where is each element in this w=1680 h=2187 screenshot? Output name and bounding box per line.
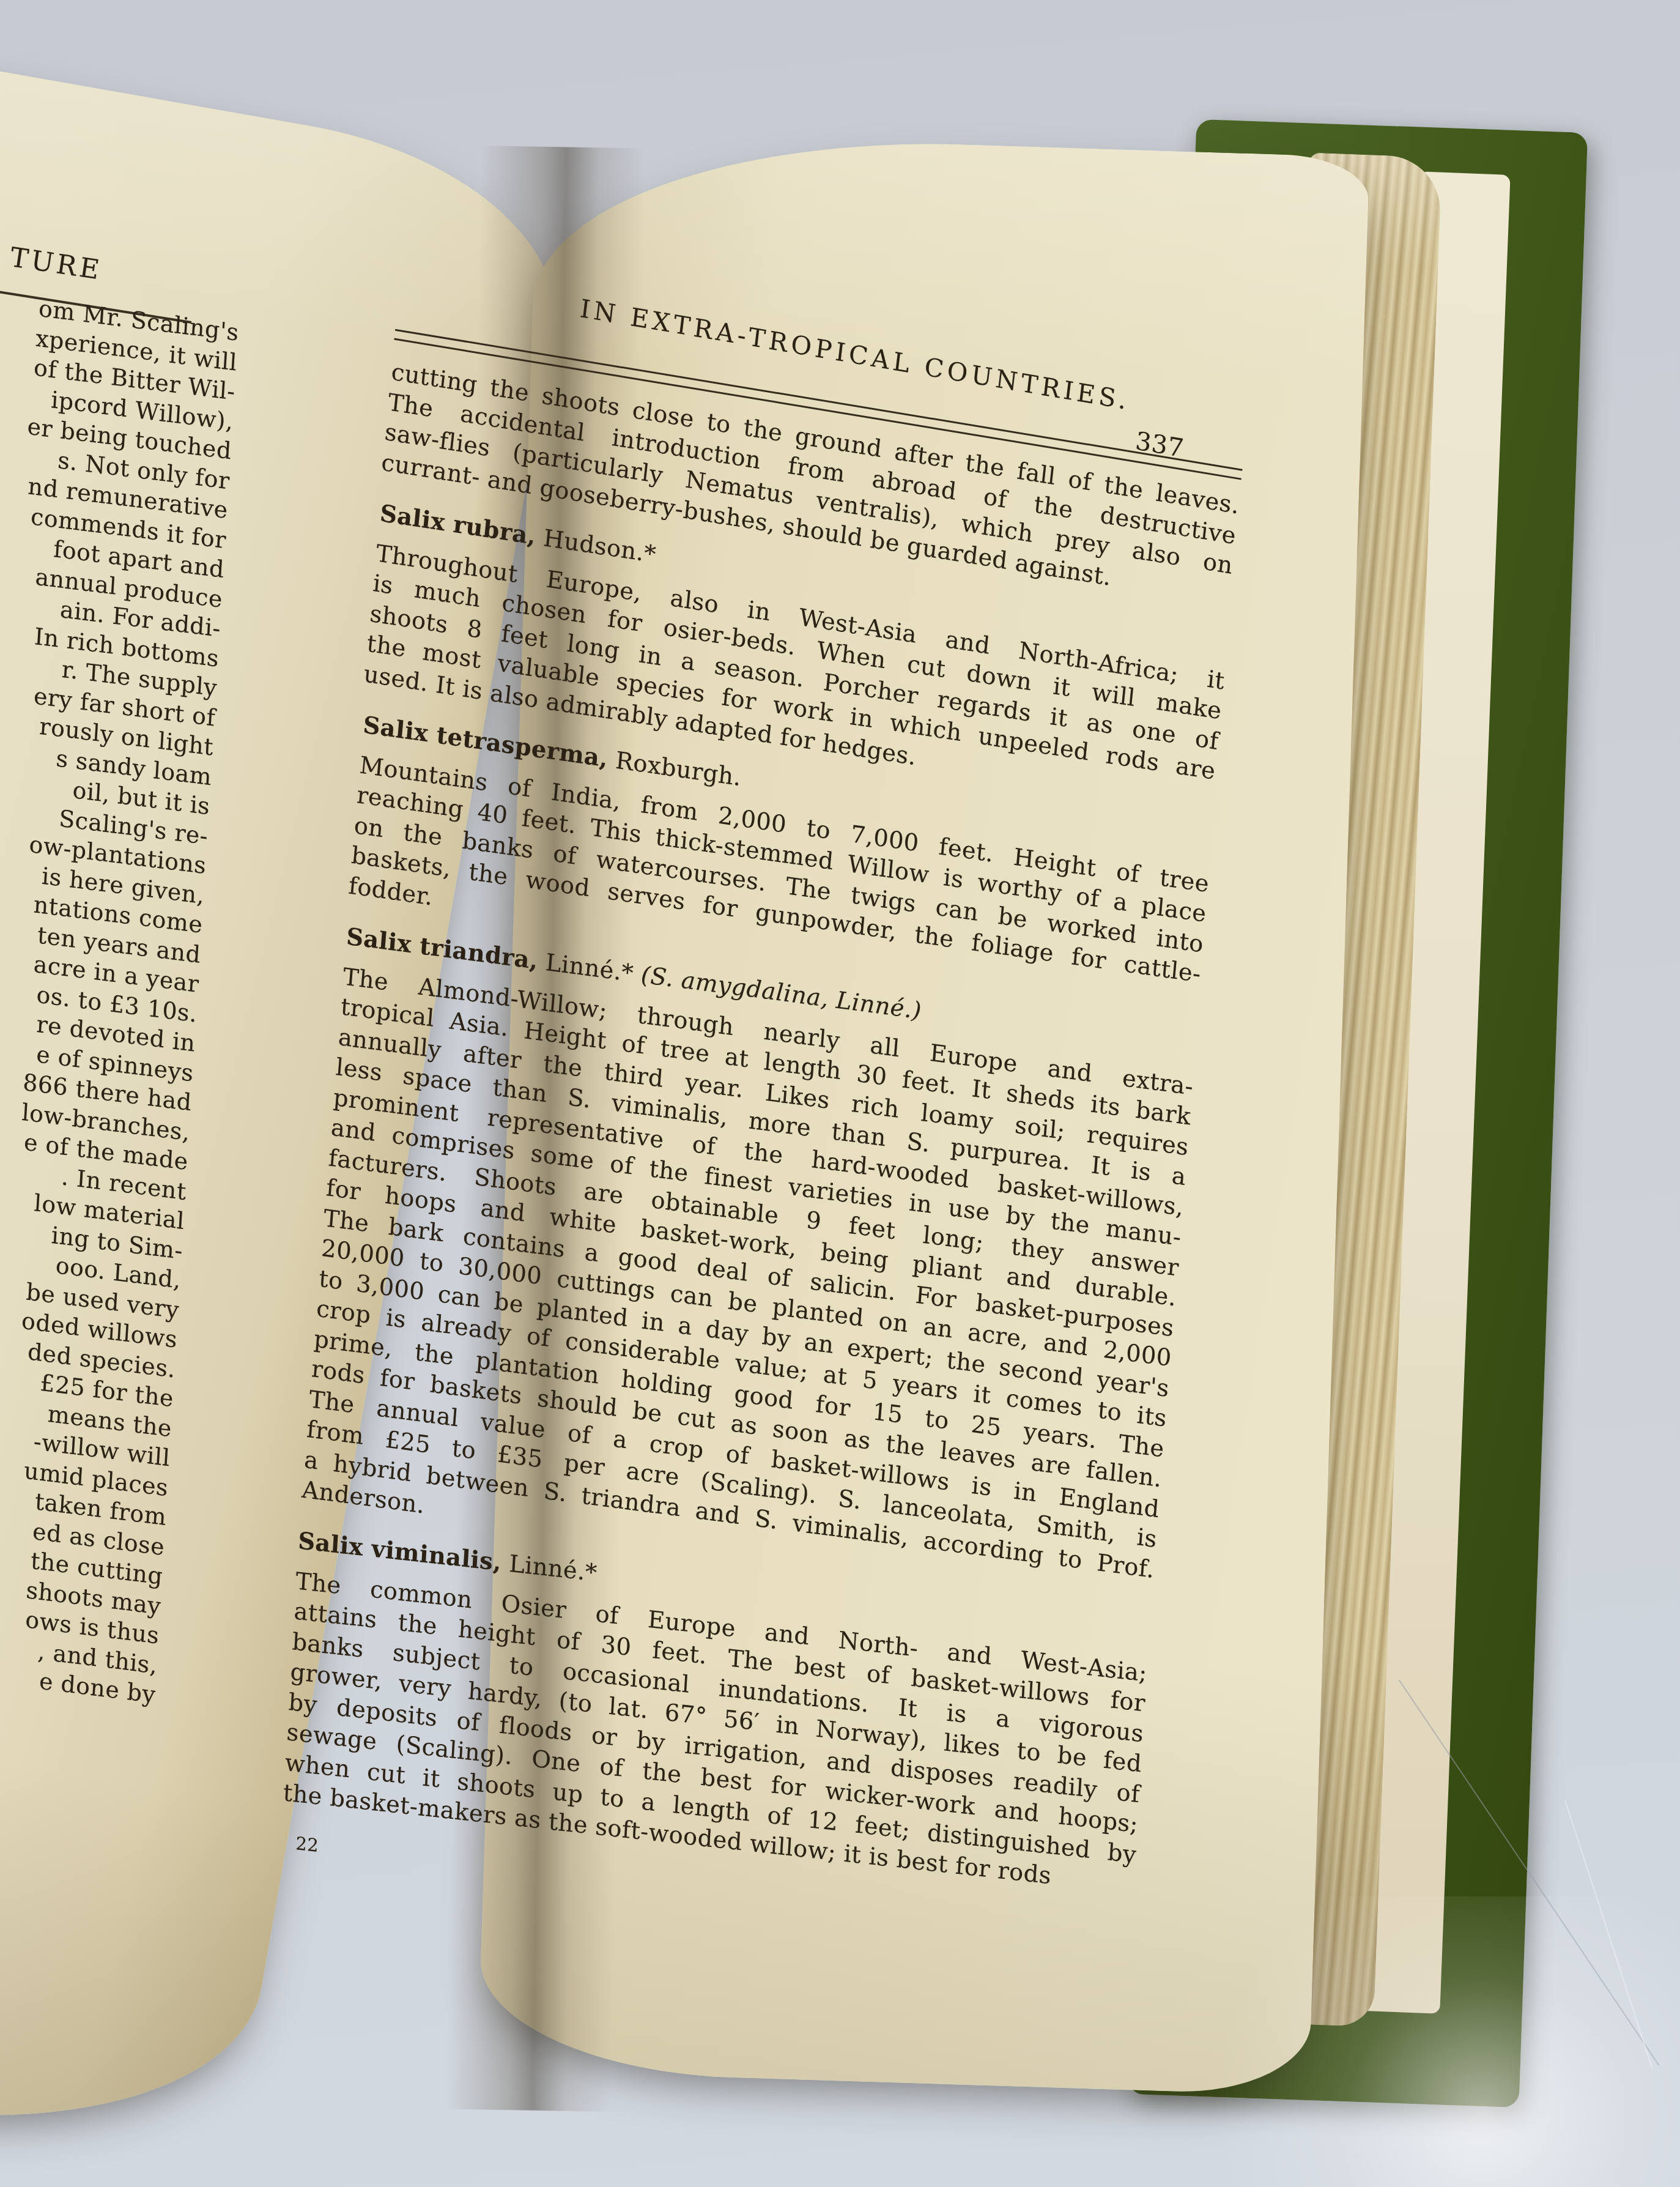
light-reflection	[1162, 1896, 1680, 2187]
species-authority: Linné.*	[501, 1549, 598, 1587]
right-page-text-block: IN EXTRA-TROPICAL COUNTRIES. 337 cutting…	[273, 263, 1251, 1956]
species-authority: Roxburgh.	[607, 746, 742, 792]
species-entry: Salix triandra, Linné.* (S. amygdalina, …	[301, 922, 1198, 1616]
species-authority: Linné.*	[537, 948, 642, 989]
species-paragraph: The Almond-Willow; through nearly all Eu…	[301, 962, 1194, 1616]
photo-of-open-book: TURE om Mr. Scaling'sxperience, it willo…	[0, 0, 1680, 2187]
species-authority: Hudson.*	[535, 523, 657, 568]
species-entries: Salix rubra, Hudson.* Throughout Europe,…	[276, 499, 1232, 1918]
